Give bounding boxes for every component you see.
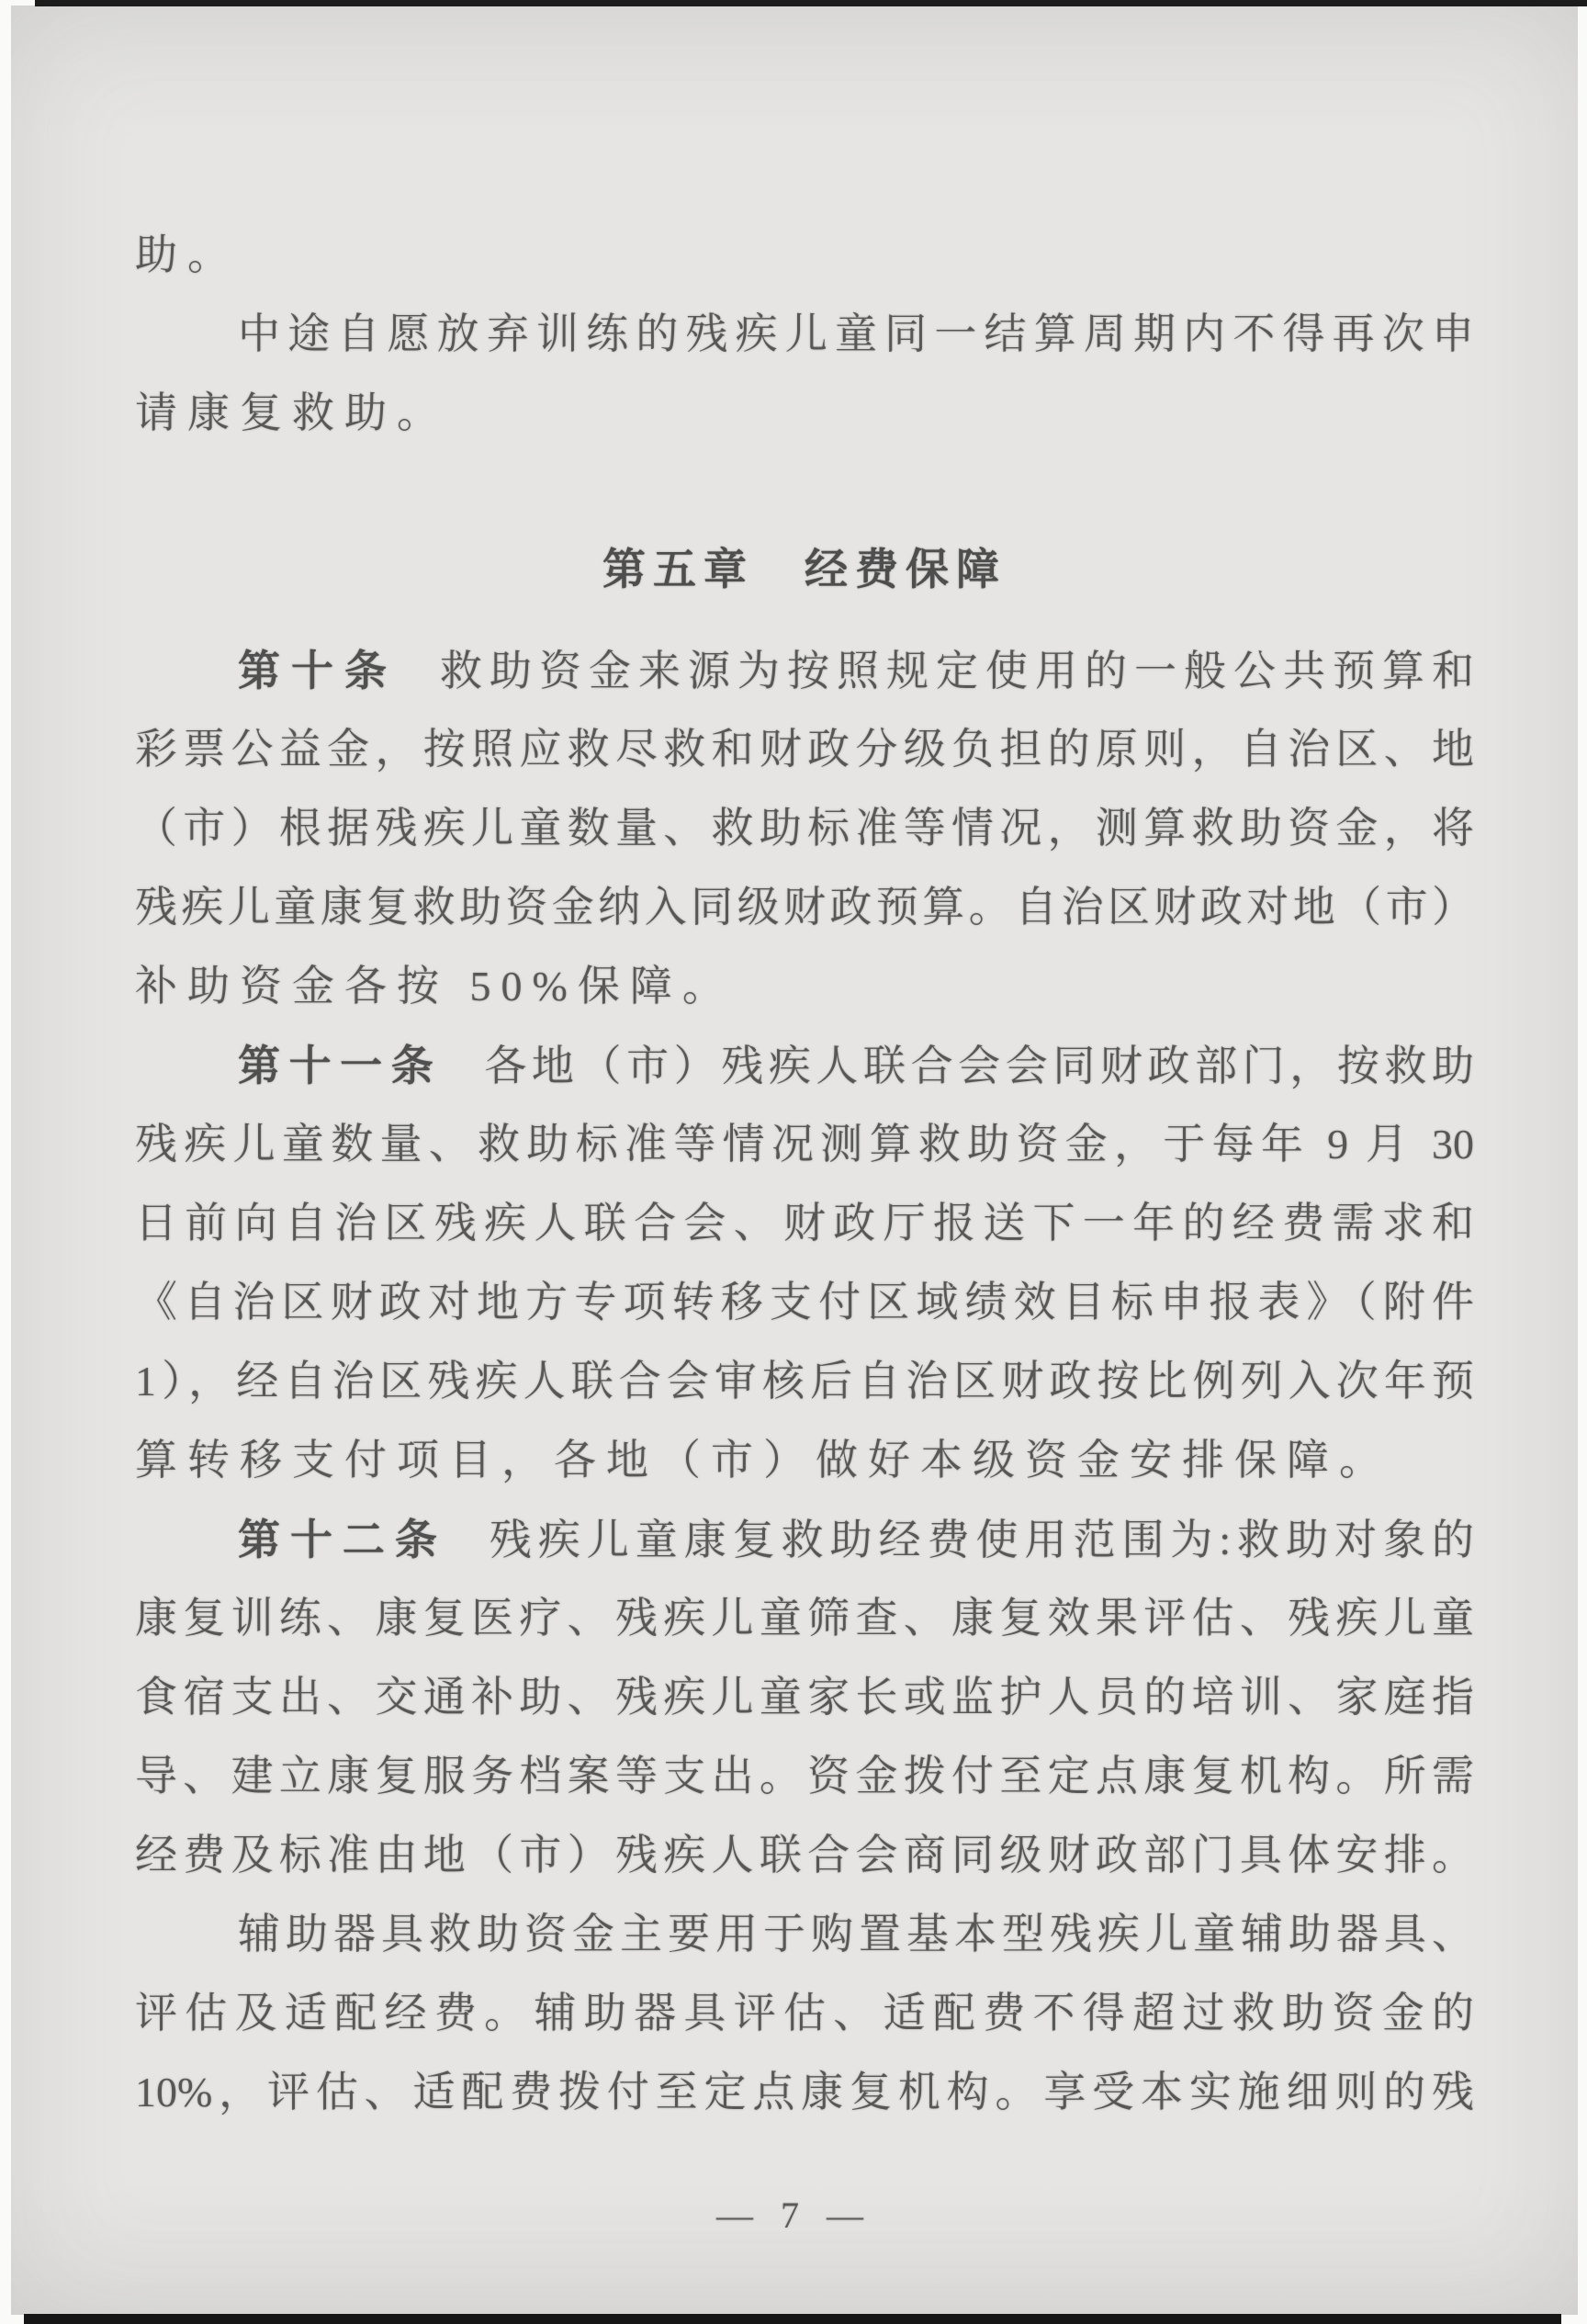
text-line: 中途自愿放弃训练的残疾儿童同一结算周期内不得再次申 — [135, 295, 1474, 374]
text-line: 食宿支出、交通补助、残疾儿童家长或监护人员的培训、家庭指 — [135, 1658, 1474, 1737]
text-line: 第十条救助资金来源为按照规定使用的一般公共预算和 — [135, 631, 1474, 710]
text-line: 残疾儿童数量、救助标准等情况测算救助资金，于每年 9 月 30 — [135, 1105, 1474, 1184]
article-number: 第十二条 — [238, 1516, 447, 1563]
text-line: 经费及标准由地（市）残疾人联合会商同级财政部门具体安排。 — [135, 1816, 1474, 1895]
line-text: 经费及标准由地（市）残疾人联合会商同级财政部门具体安排。 — [135, 1832, 1474, 1878]
scanned-document: 助。中途自愿放弃训练的残疾儿童同一结算周期内不得再次申请康复救助。第五章 经费保… — [0, 0, 1587, 2324]
text-line: 评估及适配经费。辅助器具评估、适配费不得超过救助资金的 — [135, 1974, 1474, 2053]
line-text: 残疾儿童康复救助资金纳入同级财政预算。自治区财政对地（市） — [135, 884, 1474, 931]
line-text: 辅助器具救助资金主要用于购置基本型残疾儿童辅助器具、 — [238, 1911, 1474, 1957]
text-line: 《自治区财政对地方专项转移支付区域绩效目标申报表》（附件 — [135, 1263, 1474, 1342]
line-text: 残疾儿童康复救助经费使用范围为:救助对象的 — [490, 1517, 1474, 1563]
line-text: 中途自愿放弃训练的残疾儿童同一结算周期内不得再次申 — [238, 310, 1474, 357]
line-text: 导、建立康复服务档案等支出。资金拨付至定点康复机构。所需 — [135, 1753, 1474, 1799]
text-line: 助。 — [135, 216, 1474, 295]
line-text: （市）根据残疾儿童数量、救助标准等情况，测算救助资金，将 — [135, 805, 1474, 852]
line-text: 残疾儿童数量、救助标准等情况测算救助资金，于每年 9 月 30 — [135, 1121, 1474, 1168]
text-line: 算转移支付项目，各地（市）做好本级资金安排保障。 — [135, 1421, 1474, 1500]
line-text: 《自治区财政对地方专项转移支付区域绩效目标申报表》（附件 — [135, 1279, 1474, 1326]
text-line: 10%，评估、适配费拨付至定点康复机构。享受本实施细则的残 — [135, 2053, 1474, 2132]
text-line: 请康复救助。 — [135, 374, 1474, 453]
line-text: 补助资金各按 50%保障。 — [135, 963, 735, 1010]
line-text: 食宿支出、交通补助、残疾儿童家长或监护人员的培训、家庭指 — [135, 1674, 1474, 1720]
line-text: 10%，评估、适配费拨付至定点康复机构。享受本实施细则的残 — [135, 2069, 1474, 2115]
text-line: 康复训练、康复医疗、残疾儿童筛查、康复效果评估、残疾儿童 — [135, 1579, 1474, 1658]
text-line: 辅助器具救助资金主要用于购置基本型残疾儿童辅助器具、 — [135, 1895, 1474, 1974]
page-body-text: 助。中途自愿放弃训练的残疾儿童同一结算周期内不得再次申请康复救助。第五章 经费保… — [135, 216, 1474, 2132]
line-text: 请康复救助。 — [135, 389, 449, 436]
scan-edge-bottom — [24, 2314, 1561, 2324]
line-text: 康复训练、康复医疗、残疾儿童筛查、康复效果评估、残疾儿童 — [135, 1595, 1474, 1641]
scan-edge-top — [35, 0, 1587, 6]
line-text: 算转移支付项目，各地（市）做好本级资金安排保障。 — [135, 1437, 1391, 1484]
text-line: 第十一条各地（市）残疾人联合会会同财政部门，按救助 — [135, 1026, 1474, 1105]
line-text: 彩票公益金，按照应救尽救和财政分级负担的原则，自治区、地 — [135, 726, 1474, 773]
text-line: 第十二条残疾儿童康复救助经费使用范围为:救助对象的 — [135, 1500, 1474, 1579]
line-text: 第五章 经费保障 — [602, 545, 1007, 593]
line-text: 日前向自治区残疾人联合会、财政厅报送下一年的经费需求和 — [135, 1200, 1474, 1247]
line-text: 救助资金来源为按照规定使用的一般公共预算和 — [440, 648, 1474, 694]
line-text: 评估及适配经费。辅助器具评估、适配费不得超过救助资金的 — [135, 1990, 1474, 2036]
article-number: 第十条 — [238, 647, 398, 694]
article-number: 第十一条 — [238, 1042, 442, 1089]
text-line: 补助资金各按 50%保障。 — [135, 947, 1474, 1026]
document-page: 助。中途自愿放弃训练的残疾儿童同一结算周期内不得再次申请康复救助。第五章 经费保… — [11, 6, 1578, 2315]
line-text: 1），经自治区残疾人联合会审核后自治区财政按比例列入次年预 — [135, 1358, 1474, 1405]
text-line: 日前向自治区残疾人联合会、财政厅报送下一年的经费需求和 — [135, 1184, 1474, 1263]
text-line: （市）根据残疾儿童数量、救助标准等情况，测算救助资金，将 — [135, 789, 1474, 868]
text-line: 彩票公益金，按照应救尽救和财政分级负担的原则，自治区、地 — [135, 710, 1474, 789]
page-number: — 7 — — [11, 2184, 1578, 2247]
chapter-heading: 第五章 经费保障 — [135, 530, 1474, 609]
text-line: 导、建立康复服务档案等支出。资金拨付至定点康复机构。所需 — [135, 1737, 1474, 1816]
line-text: 各地（市）残疾人联合会会同财政部门，按救助 — [484, 1043, 1474, 1089]
line-text: 助。 — [135, 231, 240, 278]
text-line: 残疾儿童康复救助资金纳入同级财政预算。自治区财政对地（市） — [135, 868, 1474, 947]
text-line: 1），经自治区残疾人联合会审核后自治区财政按比例列入次年预 — [135, 1342, 1474, 1421]
